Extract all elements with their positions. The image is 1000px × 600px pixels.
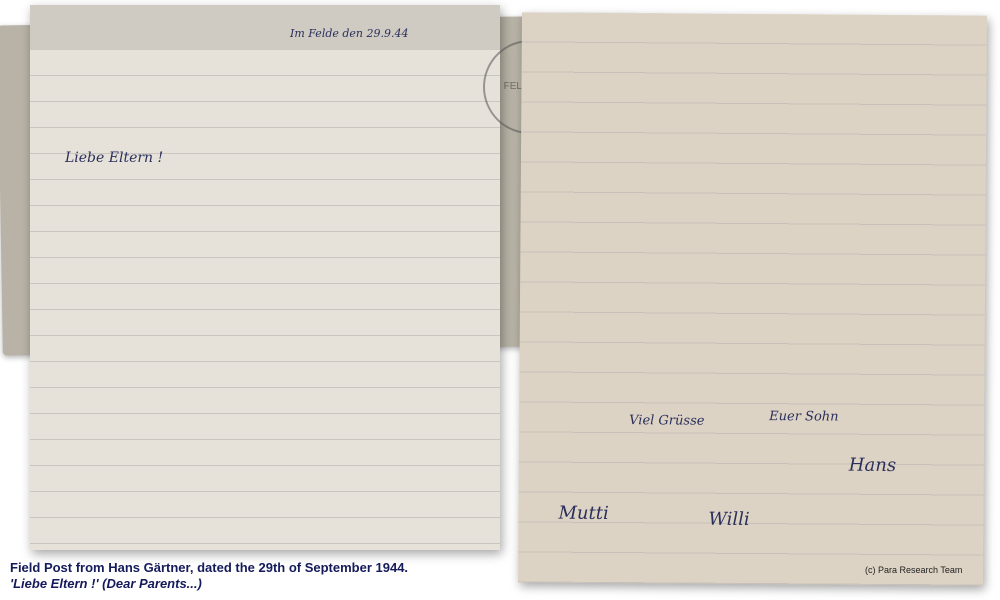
letter-page-left: Im Felde den 29.9.44 Liebe Eltern ! <box>30 5 500 550</box>
signature-willi: Willi <box>708 509 749 530</box>
letter-page-right: Viel Grüsse Euer Sohn Hans Mutti Willi <box>518 12 987 585</box>
date-line: Im Felde den 29.9.44 <box>290 27 409 40</box>
salutation: Liebe Eltern ! <box>65 150 163 166</box>
signature-hans: Hans <box>849 455 896 476</box>
paper-fold <box>30 5 500 50</box>
caption-title: Field Post from Hans Gärtner, dated the … <box>10 560 408 576</box>
caption: Field Post from Hans Gärtner, dated the … <box>10 560 408 592</box>
closing-greeting: Viel Grüsse <box>629 413 704 429</box>
copyright-notice: (c) Para Research Team <box>865 565 962 575</box>
caption-subtitle: 'Liebe Eltern !' (Dear Parents...) <box>10 576 408 592</box>
signature-mutti: Mutti <box>558 503 608 524</box>
closing-son: Euer Sohn <box>769 409 838 424</box>
